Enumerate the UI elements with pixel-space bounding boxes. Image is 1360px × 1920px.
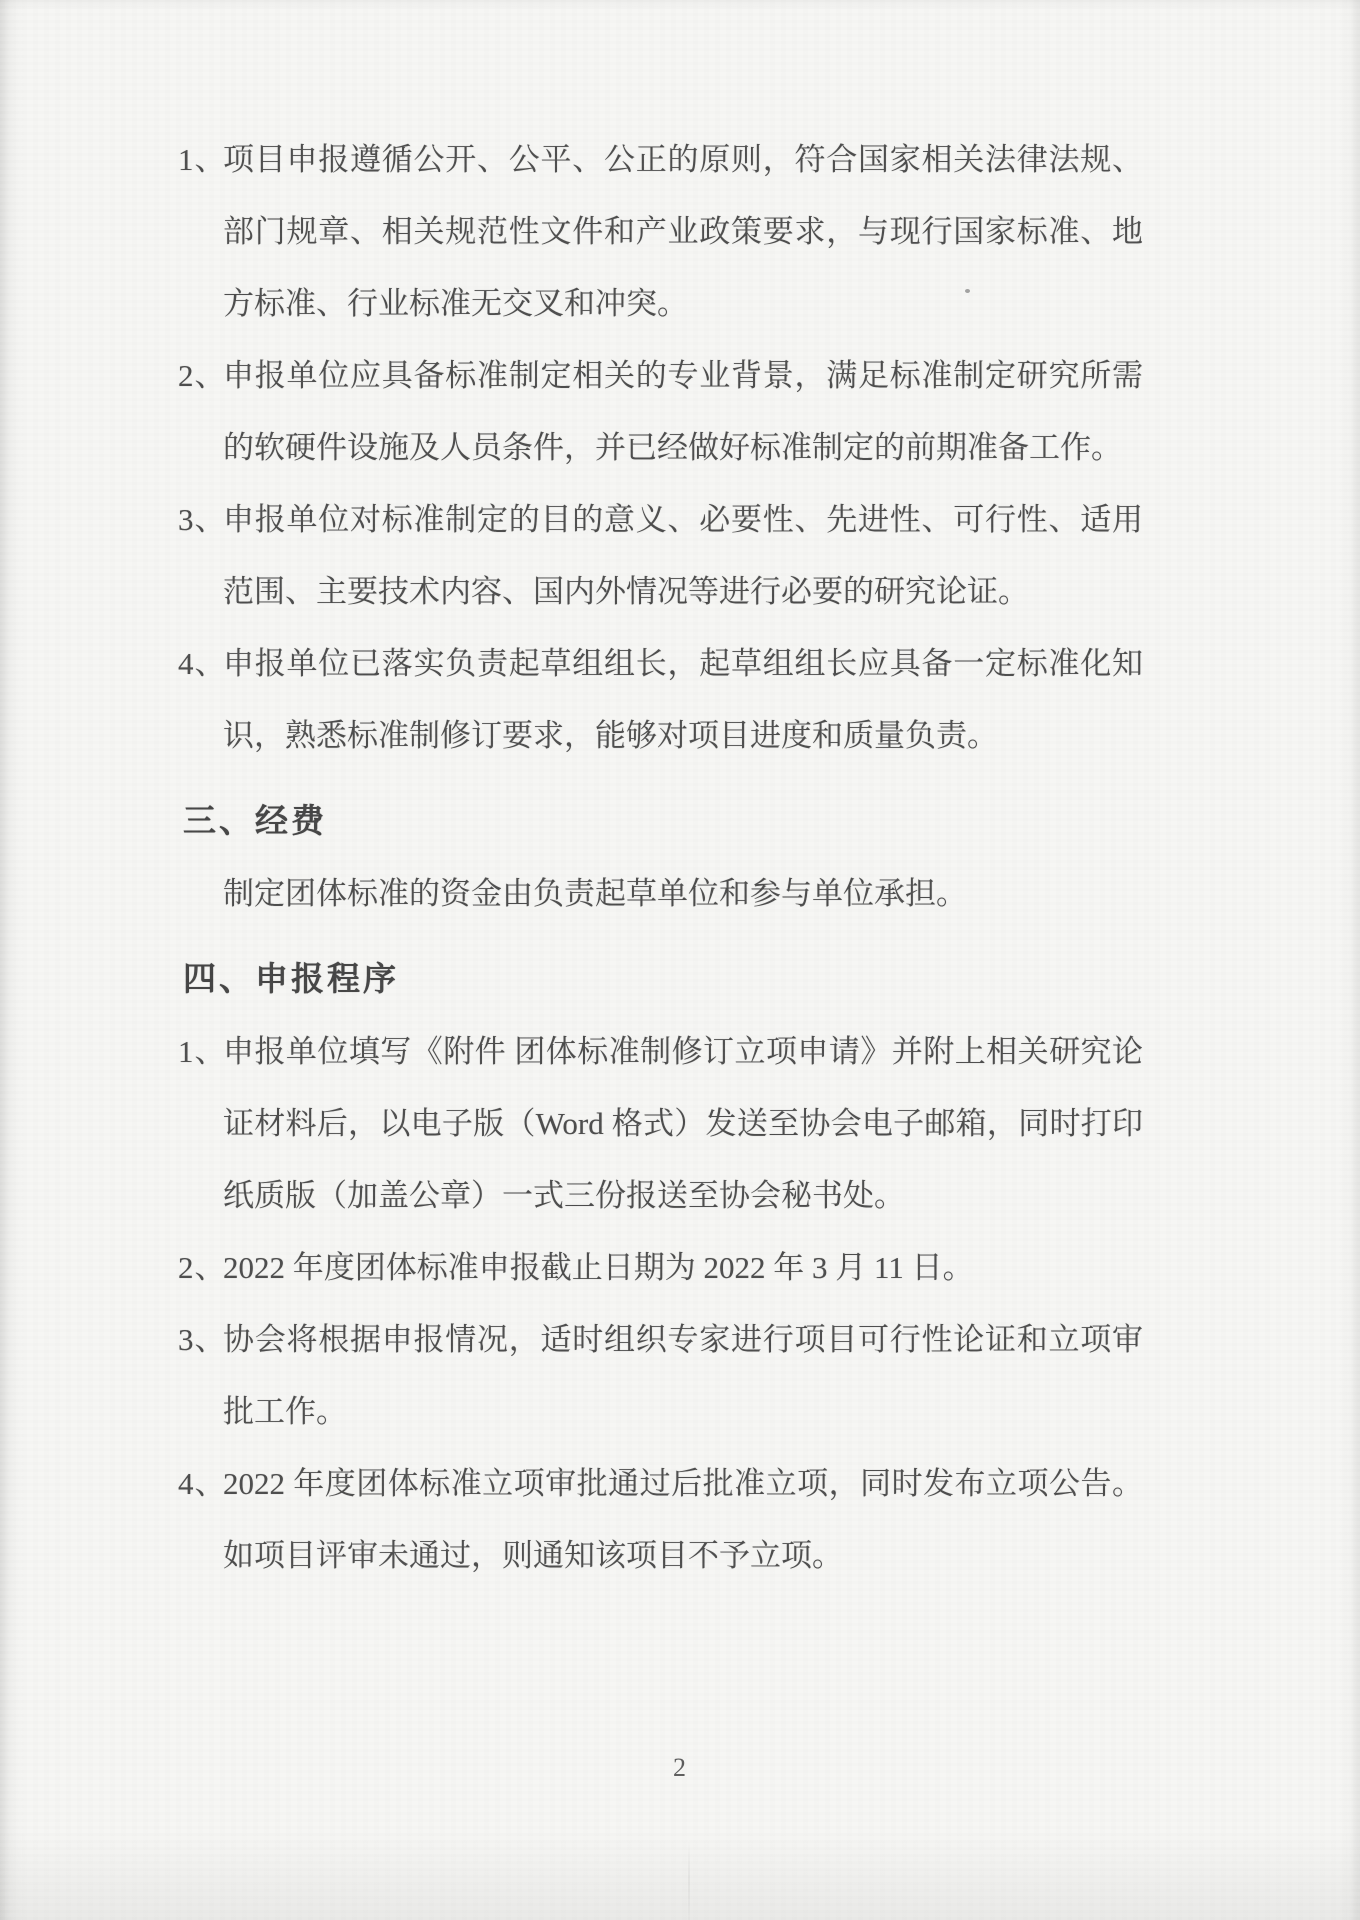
list-item: 4、 申报单位已落实负责起草组组长，起草组组长应具备一定标准化知识，熟悉标准制修… [178, 628, 1143, 772]
item-text: 申报单位已落实负责起草组组长，起草组组长应具备一定标准化知识，熟悉标准制修订要求… [223, 628, 1143, 772]
item-number: 3、 [178, 484, 223, 628]
scan-crease-artifact [688, 1840, 690, 1920]
section-heading-funding: 三、经费 [183, 786, 1360, 858]
item-number: 1、 [178, 124, 223, 340]
list-item: 3、 申报单位对标准制定的目的意义、必要性、先进性、可行性、适用范围、主要技术内… [178, 484, 1143, 628]
item-number: 1、 [178, 1016, 223, 1232]
item-text: 申报单位填写《附件 团体标准制修订立项申请》并附上相关研究论证材料后，以电子版（… [223, 1016, 1143, 1232]
funding-paragraph: 制定团体标准的资金由负责起草单位和参与单位承担。 [223, 858, 1143, 930]
list-item: 1、 申报单位填写《附件 团体标准制修订立项申请》并附上相关研究论证材料后，以电… [178, 1016, 1143, 1232]
item-number: 2、 [178, 340, 223, 484]
page-number: 2 [0, 1748, 1360, 1788]
item-number: 4、 [178, 628, 223, 772]
item-text: 申报单位对标准制定的目的意义、必要性、先进性、可行性、适用范围、主要技术内容、国… [223, 484, 1143, 628]
list-item: 4、 2022 年度团体标准立项审批通过后批准立项，同时发布立项公告。如项目评审… [178, 1448, 1143, 1592]
item-number: 3、 [178, 1304, 223, 1448]
list-item: 2、 申报单位应具备标准制定相关的专业背景，满足标准制定研究所需的软硬件设施及人… [178, 340, 1143, 484]
item-text: 2022 年度团体标准立项审批通过后批准立项，同时发布立项公告。如项目评审未通过… [223, 1448, 1143, 1592]
list-item: 2、 2022 年度团体标准申报截止日期为 2022 年 3 月 11 日。 [178, 1232, 1143, 1304]
list-item: 3、 协会将根据申报情况，适时组织专家进行项目可行性论证和立项审批工作。 [178, 1304, 1143, 1448]
item-text: 申报单位应具备标准制定相关的专业背景，满足标准制定研究所需的软硬件设施及人员条件… [223, 340, 1143, 484]
item-number: 4、 [178, 1448, 223, 1592]
item-text: 协会将根据申报情况，适时组织专家进行项目可行性论证和立项审批工作。 [223, 1304, 1143, 1448]
item-text: 项目申报遵循公开、公平、公正的原则，符合国家相关法律法规、部门规章、相关规范性文… [223, 124, 1143, 340]
scanned-document-page: 1、 项目申报遵循公开、公平、公正的原则，符合国家相关法律法规、部门规章、相关规… [0, 0, 1360, 1920]
list-item: 1、 项目申报遵循公开、公平、公正的原则，符合国家相关法律法规、部门规章、相关规… [178, 124, 1143, 340]
document-content: 1、 项目申报遵循公开、公平、公正的原则，符合国家相关法律法规、部门规章、相关规… [0, 124, 1360, 1592]
item-text: 2022 年度团体标准申报截止日期为 2022 年 3 月 11 日。 [223, 1232, 1143, 1304]
item-number: 2、 [178, 1232, 223, 1304]
scan-speck-artifact [965, 289, 970, 293]
section-heading-application-procedure: 四、申报程序 [183, 944, 1360, 1016]
